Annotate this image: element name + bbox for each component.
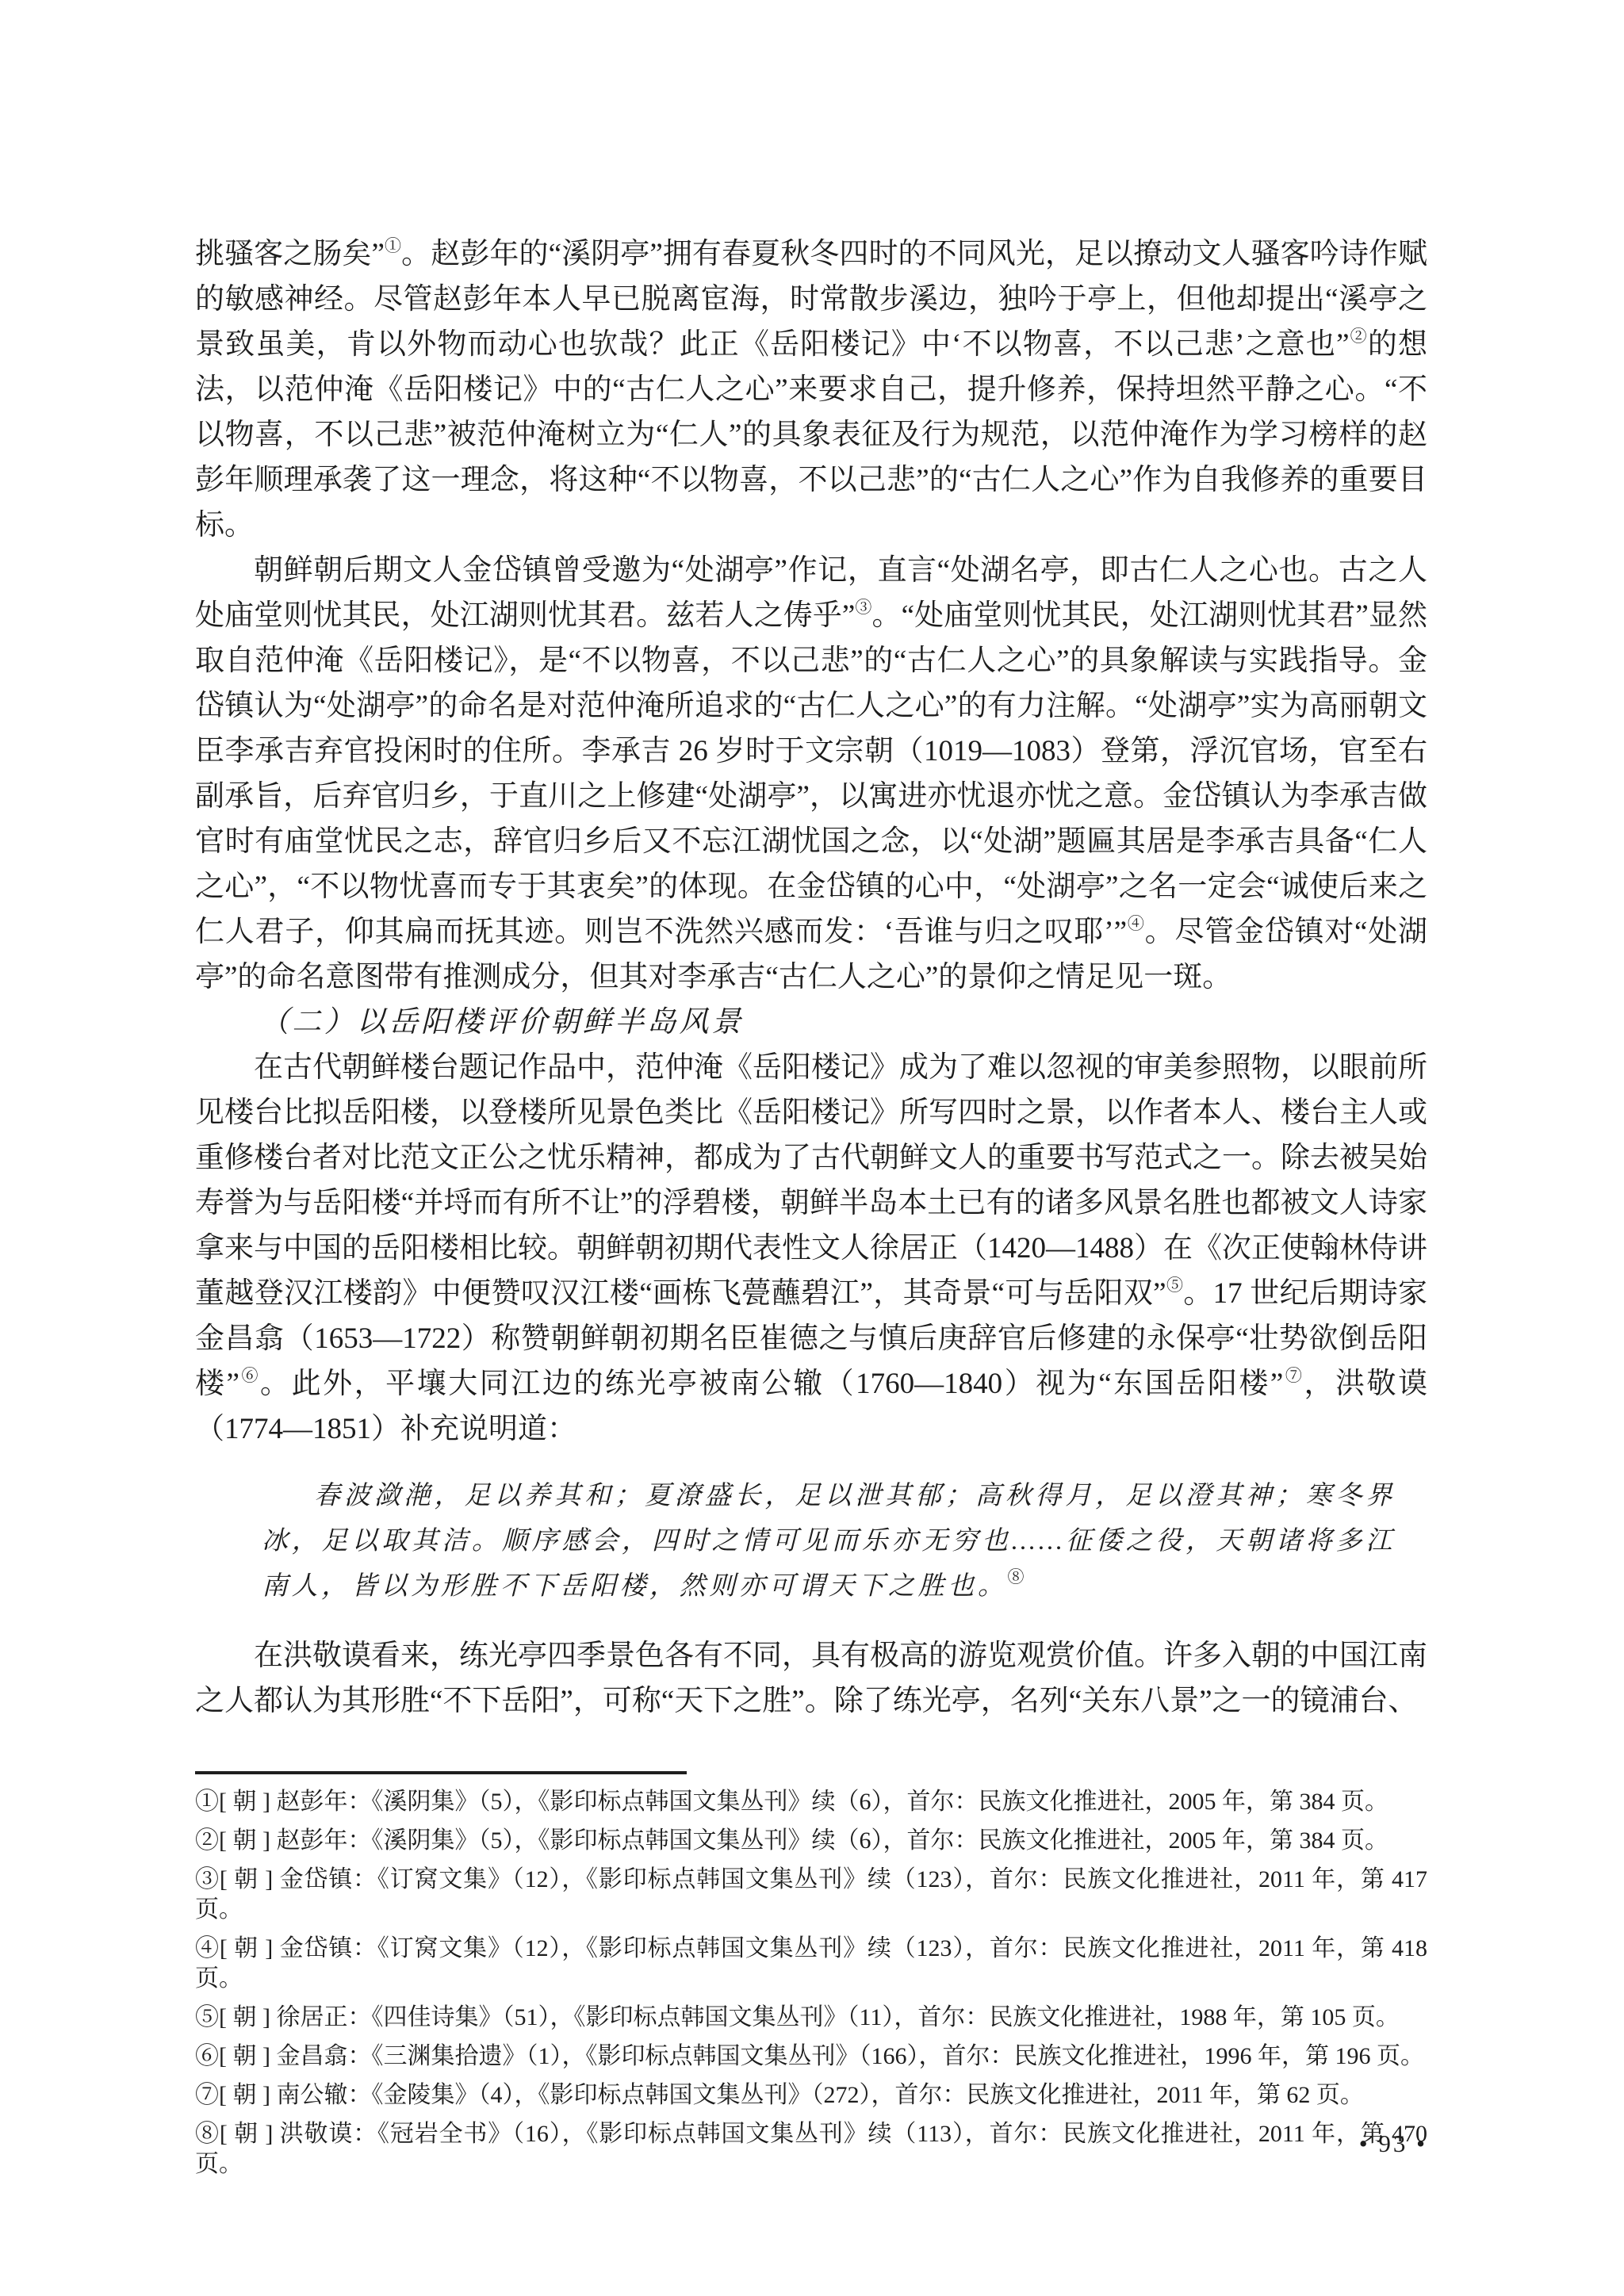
footnote-separator-rule xyxy=(195,1771,687,1774)
paragraph-hong-jingmo-view: 在洪敬谟看来，练光亭四季景色各有不同，具有极高的游览观赏价值。许多入朝的中国江南… xyxy=(195,1633,1427,1724)
footnote-ref: ⑤ xyxy=(1166,1276,1184,1295)
footnote-ref: ③ xyxy=(855,598,871,617)
footnote-ref: ④ xyxy=(1127,914,1145,933)
footnote-ref: ① xyxy=(385,236,401,255)
footnote-ref: ⑧ xyxy=(1008,1567,1025,1586)
section-heading: （二）以岳阳楼评价朝鲜半岛风景 xyxy=(195,1000,1427,1045)
footnote: ③[ 朝 ] 金岱镇：《订窝文集》（12），《影印标点韩国文集丛刊》续（123）… xyxy=(195,1865,1427,1925)
footnote: ④[ 朝 ] 金岱镇：《订窝文集》（12），《影印标点韩国文集丛刊》续（123）… xyxy=(195,1934,1427,1994)
footnote-ref: ② xyxy=(1350,327,1368,346)
footnote-ref: ⑥ xyxy=(239,1366,260,1385)
footnote: ⑦[ 朝 ] 南公辙：《金陵集》（4），《影印标点韩国文集丛刊》（272），首尔… xyxy=(195,2080,1427,2110)
footnote: ②[ 朝 ] 赵彭年：《溪阴集》（5），《影印标点韩国文集丛刊》续（6），首尔：… xyxy=(195,1826,1427,1856)
page-number: • 93 • xyxy=(1359,2130,1427,2158)
footnote: ⑥[ 朝 ] 金昌翕：《三渊集拾遗》（1），《影印标点韩国文集丛刊》（166），… xyxy=(195,2042,1427,2072)
paragraph-yueyang-comparison: 在古代朝鲜楼台题记作品中，范仲淹《岳阳楼记》成为了难以忽视的审美参照物，以眼前所… xyxy=(195,1045,1427,1452)
paragraph-chuhu-pavilion: 朝鲜朝后期文人金岱镇曾受邀为“处湖亭”作记，直言“处湖名亭，即古仁人之心也。古之… xyxy=(195,548,1427,1000)
block-quote: 春波潋滟，足以养其和；夏潦盛长，足以泄其郁；高秋得月，足以澄其神；寒冬界冰，足以… xyxy=(262,1474,1396,1609)
footnote: ①[ 朝 ] 赵彭年：《溪阴集》（5），《影印标点韩国文集丛刊》续（6），首尔：… xyxy=(195,1787,1427,1817)
footnote: ⑤[ 朝 ] 徐居正：《四佳诗集》（51），《影印标点韩国文集丛刊》（11），首… xyxy=(195,2003,1427,2033)
article-body: 挑骚客之肠矣”①。赵彭年的“溪阴亭”拥有春夏秋冬四时的不同风光，足以撩动文人骚客… xyxy=(195,232,1427,1724)
footnote: ⑧[ 朝 ] 洪敬谟：《冠岩全书》（16），《影印标点韩国文集丛刊》续（113）… xyxy=(195,2119,1427,2179)
paragraph-continuation: 挑骚客之肠矣”①。赵彭年的“溪阴亭”拥有春夏秋冬四时的不同风光，足以撩动文人骚客… xyxy=(195,232,1427,548)
footnote-ref: ⑦ xyxy=(1283,1366,1304,1385)
footnote-list: ①[ 朝 ] 赵彭年：《溪阴集》（5），《影印标点韩国文集丛刊》续（6），首尔：… xyxy=(195,1787,1427,2179)
document-page: 挑骚客之肠矣”①。赵彭年的“溪阴亭”拥有春夏秋冬四时的不同风光，足以撩动文人骚客… xyxy=(0,0,1624,2296)
footnotes-section: ①[ 朝 ] 赵彭年：《溪阴集》（5），《影印标点韩国文集丛刊》续（6），首尔：… xyxy=(195,1771,1427,2179)
